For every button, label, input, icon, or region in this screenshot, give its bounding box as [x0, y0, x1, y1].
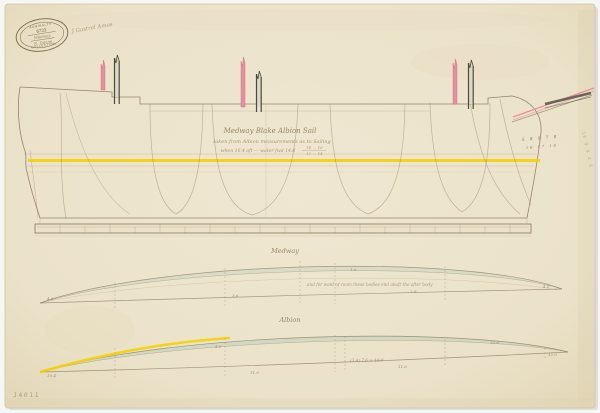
title-fraction-top: 14 … 16 [306, 145, 323, 150]
ship-plan-scan: ADMIRALTY COLLECTION 6733 Medway R. Dean… [0, 0, 600, 413]
curve1-tick: 4.6 [46, 296, 54, 301]
title-block: Medway Blake Albion Sail taken from Albi… [213, 127, 330, 156]
curve1-tick: 2.9 [409, 289, 417, 294]
title-line-1: Medway Blake Albion Sail [223, 127, 317, 135]
title-fraction-bottom: 12 … 14 [306, 151, 323, 156]
curve2-inscription: (3.4) 7.6 × 10.9 [350, 358, 384, 363]
curve2-tick: 11.0 [250, 370, 259, 375]
curve2-tick: 10.4 [47, 373, 56, 378]
curve1-inscription: and for want of room these bodies end ab… [307, 282, 433, 287]
curve2-tick: 11.6 [398, 364, 407, 369]
fore-mast-gray [468, 60, 474, 109]
curve1-label: Medway [270, 247, 299, 255]
yellow-waterline [28, 159, 540, 162]
main-mast-gray [256, 71, 262, 112]
catalog-number: J4011 [13, 391, 40, 399]
title-line-3: when 16.4 aft — water fwd 14.6 [221, 148, 296, 154]
curve2-tick: 12.0 [548, 352, 557, 357]
curve2-label: Albion [278, 316, 300, 324]
mizzen-mast-gray [114, 55, 120, 104]
plan-drawing: ADMIRALTY COLLECTION 6733 Medway R. Dean… [0, 0, 600, 413]
curve2-tick: 4.6 [214, 344, 222, 349]
curve1-tick: 1.6 [350, 267, 357, 272]
curve1-tick: 4.0 [542, 284, 550, 289]
curve2-tick: 10.6 [490, 340, 499, 345]
main-mast-pink [241, 57, 245, 107]
curve1-tick: 3.6 [232, 293, 239, 298]
fore-mast-pink [453, 59, 457, 104]
